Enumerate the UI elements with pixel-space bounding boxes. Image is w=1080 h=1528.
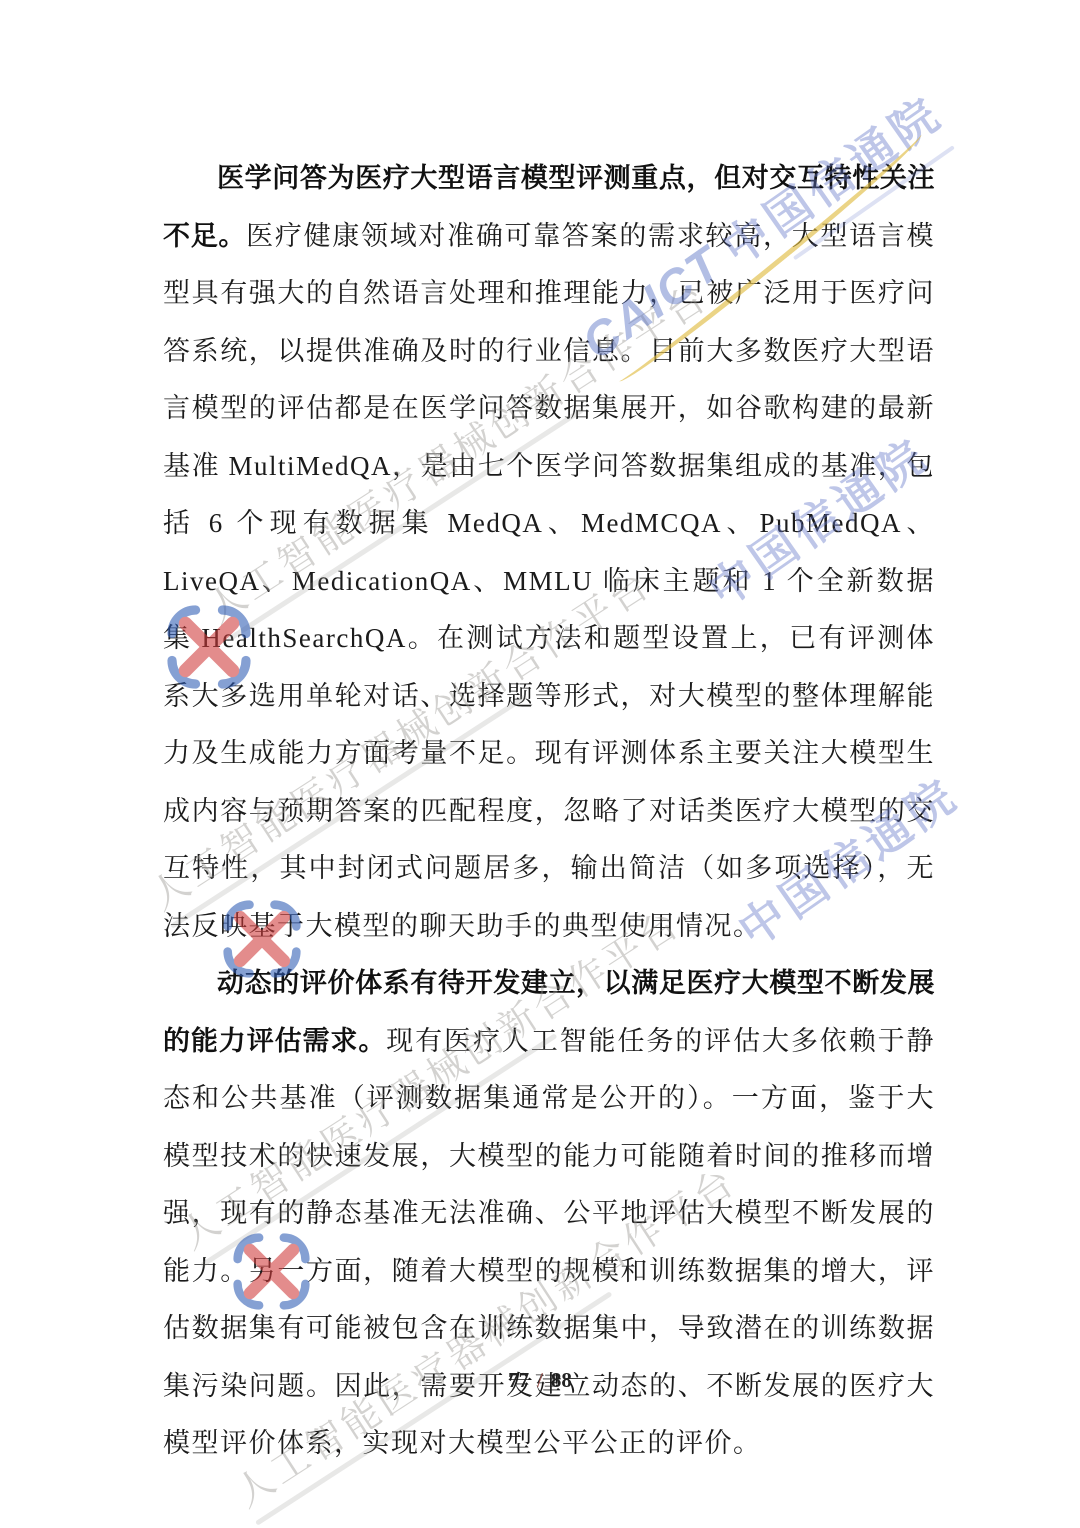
paragraph-body-text: 现有医疗人工智能任务的评估大多依赖于静态和公共基准（评测数据集通常是公开的）。一… (163, 1026, 935, 1459)
page-footer: 77/88 (0, 1368, 1080, 1393)
paragraph: 医学问答为医疗大型语言模型评测重点，但对交互特性关注不足。医疗健康领域对准确可靠… (163, 150, 935, 955)
page-body: 医学问答为医疗大型语言模型评测重点，但对交互特性关注不足。医疗健康领域对准确可靠… (163, 150, 935, 1473)
paragraph: 动态的评价体系有待开发建立，以满足医疗大模型不断发展的能力评估需求。现有医疗人工… (163, 955, 935, 1473)
document-page: 人工智能医疗器械创新合作平台 人工智能医疗器械创新合作平台 人工智能医疗器械创新… (0, 0, 1080, 1528)
page-number-separator: / (529, 1368, 551, 1392)
page-number-current: 77 (508, 1368, 529, 1392)
page-number-total: 88 (551, 1368, 572, 1392)
paragraph-body-text: 医疗健康领域对准确可靠答案的需求较高，大型语言模型具有强大的自然语言处理和推理能… (163, 221, 935, 941)
